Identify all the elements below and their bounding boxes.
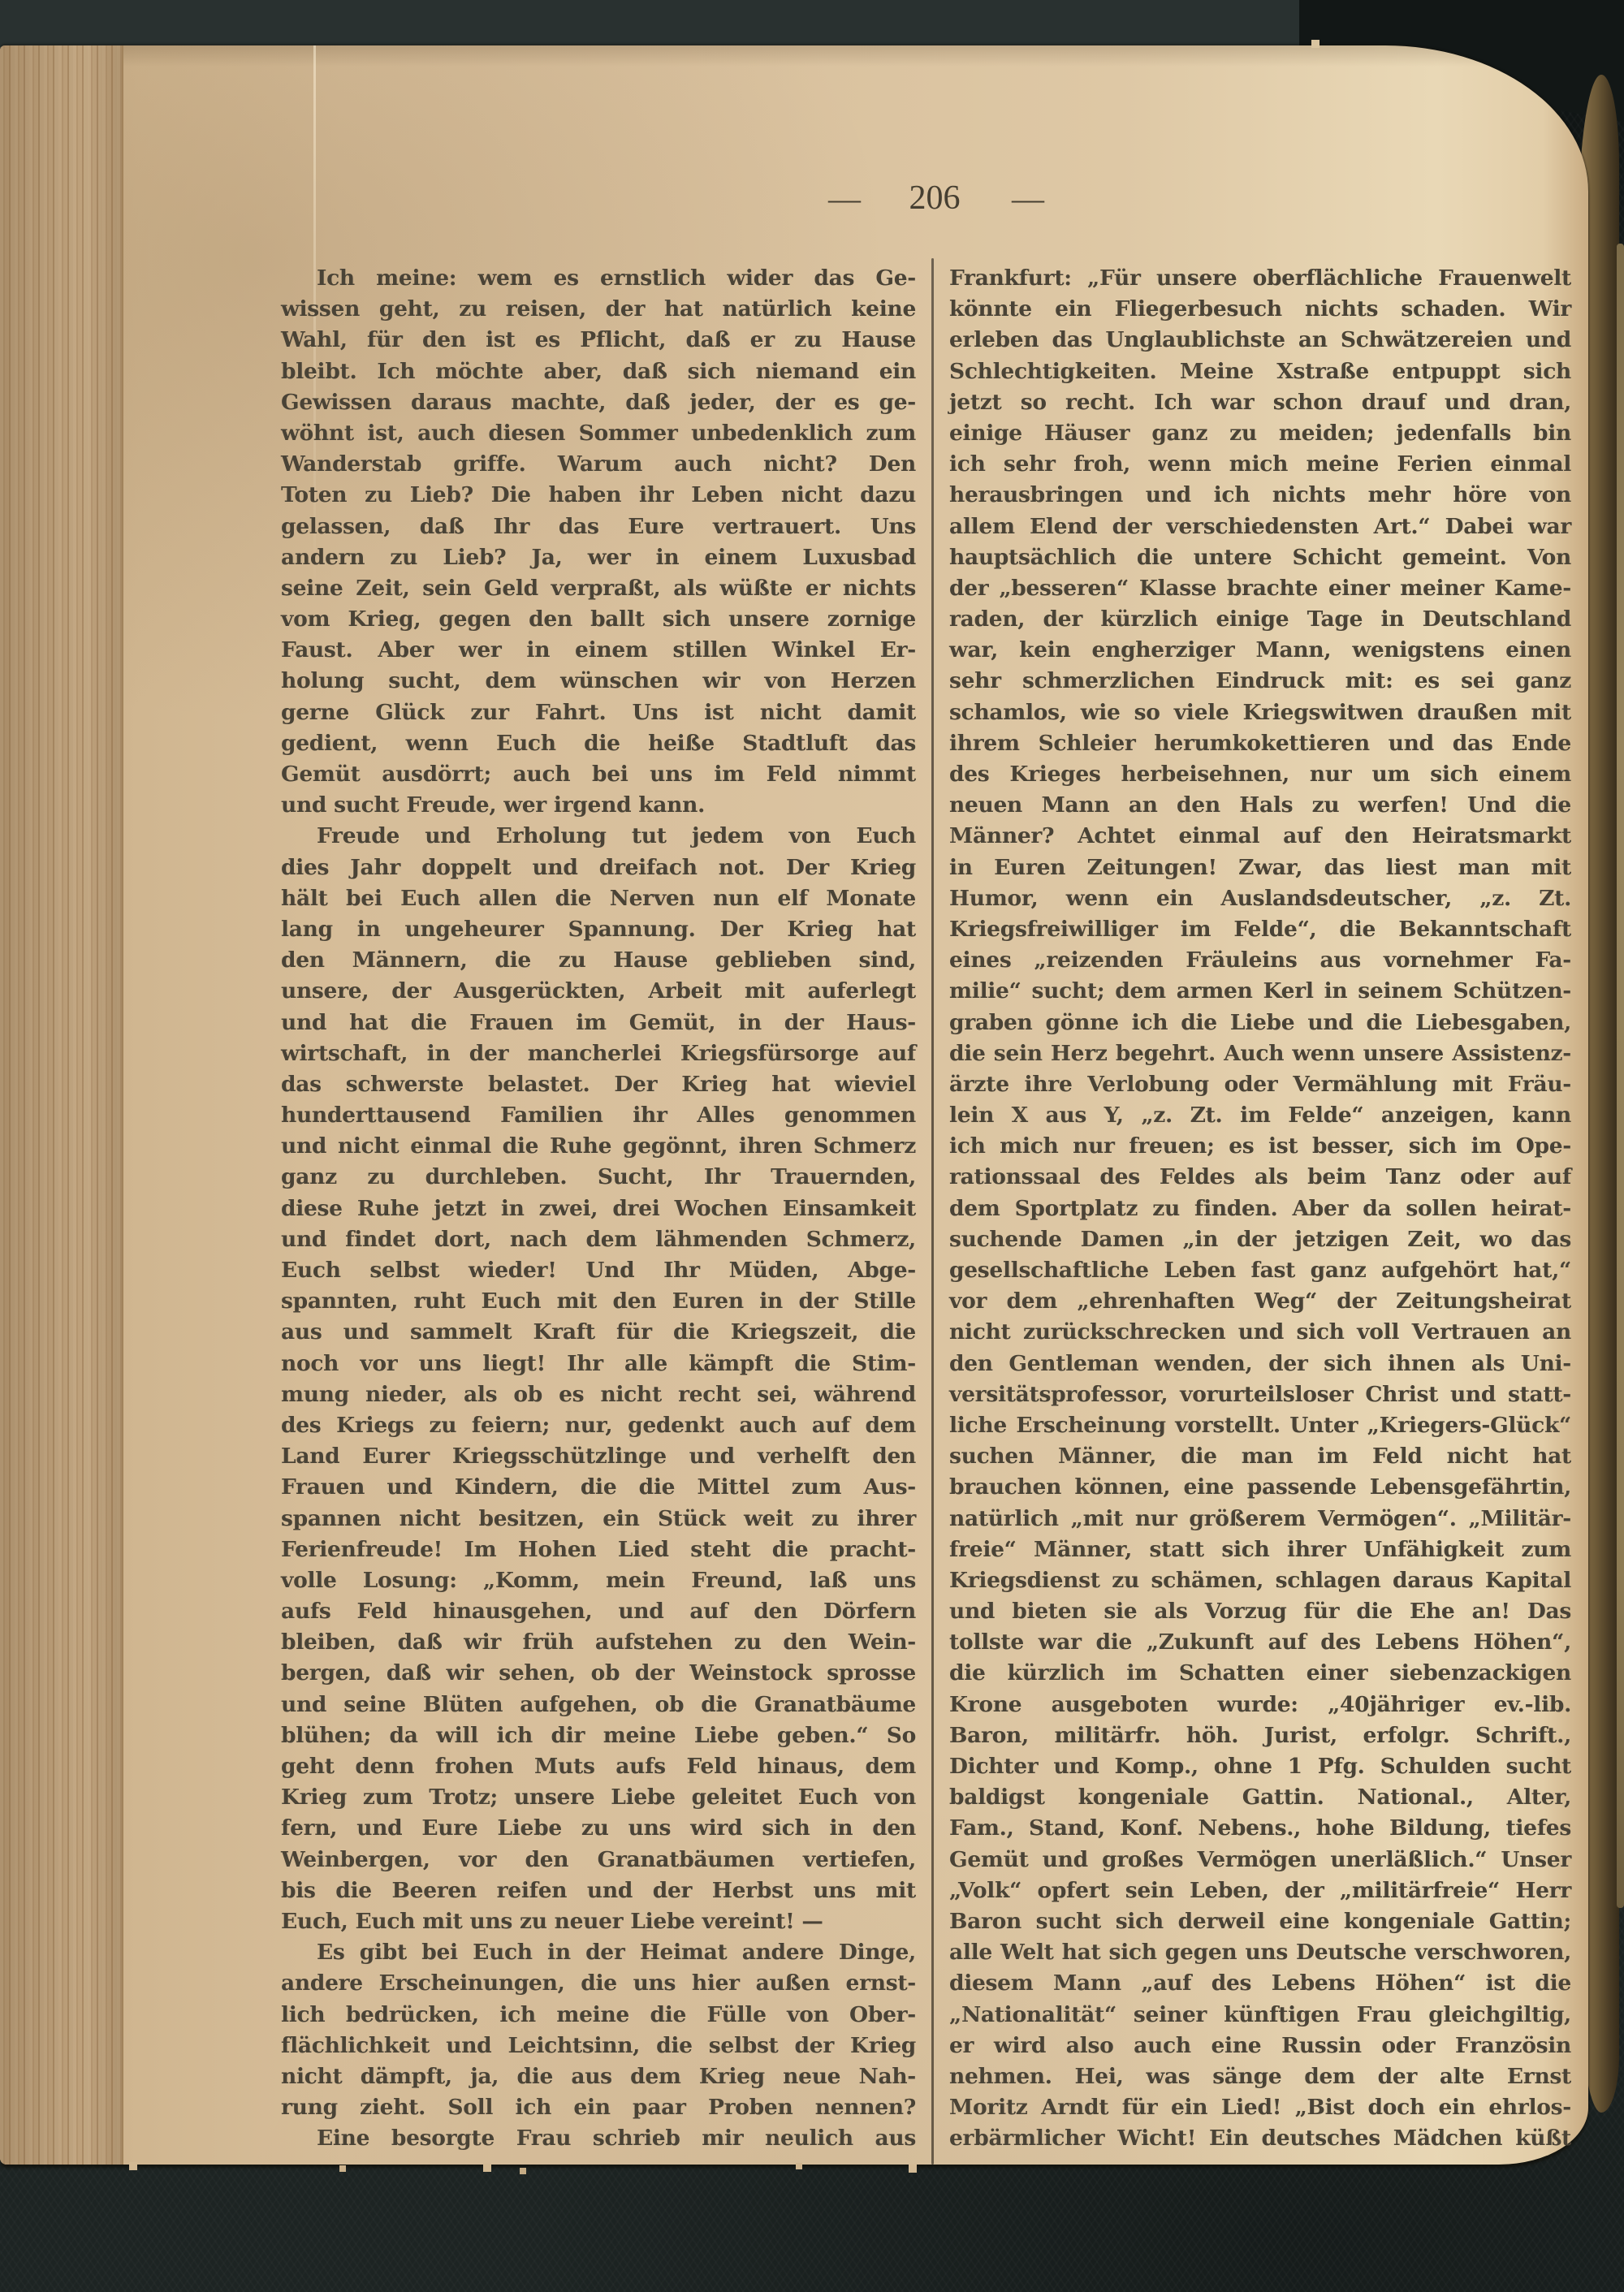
text-line: andere Erscheinungen, die uns hier außen… <box>281 1968 916 1999</box>
text-line: diese Ruhe jetzt in zwei, drei Wochen Ei… <box>281 1193 916 1224</box>
text-line: liche Erscheinung vorstellt. Unter „Krie… <box>949 1410 1571 1441</box>
text-line: bergen, daß wir sehen, ob der Weinstock … <box>281 1658 916 1689</box>
text-line: „Nationalität“ seiner künftigen Frau gle… <box>949 2000 1571 2031</box>
text-line: rationssaal des Feldes als beim Tanz ode… <box>949 1162 1571 1193</box>
text-line: Euch, Euch mit uns zu neuer Liebe verein… <box>281 1906 916 1937</box>
text-line: gerne Glück zur Fahrt. Uns ist nicht dam… <box>281 697 916 728</box>
text-line: des Kriegs zu feiern; nur, gedenkt auch … <box>281 1410 916 1441</box>
text-line: holung sucht, dem wünschen wir von Herze… <box>281 666 916 697</box>
text-line: Männer? Achtet einmal auf den Heiratsmar… <box>949 821 1571 852</box>
text-line: spannten, ruht Euch mit den Euren in der… <box>281 1286 916 1317</box>
text-line: Moritz Arndt für ein Lied! „Bist doch ei… <box>949 2092 1571 2123</box>
text-line: Wanderstab griffe. Warum auch nicht? Den <box>281 449 916 480</box>
text-line: gedient, wenn Euch die heiße Stadtluft d… <box>281 728 916 759</box>
text-line: erleben das Unglaublichste an Schwätzere… <box>949 325 1571 356</box>
text-line: hält bei Euch allen die Nerven nun elf M… <box>281 883 916 914</box>
text-line: Faust. Aber wer in einem stillen Winkel … <box>281 635 916 666</box>
text-line: Humor, wenn ein Auslandsdeutscher, „z. Z… <box>949 883 1571 914</box>
text-line: und seine Blüten aufgehen, ob die Granat… <box>281 1690 916 1720</box>
text-line: nicht zurückschrecken und sich voll Vert… <box>949 1317 1571 1348</box>
text-line: wirtschaft, in der mancherlei Kriegsfürs… <box>281 1038 916 1069</box>
text-line: vom Krieg, gegen den ballt sich unsere z… <box>281 604 916 635</box>
text-line: bis die Beeren reifen und der Herbst uns… <box>281 1875 916 1906</box>
text-line: „Volk“ opfert sein Leben, der „militärfr… <box>949 1875 1571 1906</box>
text-column-left: Ich meine: wem es ernstlich wider das Ge… <box>281 263 916 2154</box>
text-line: raden, der kürzlich einige Tage in Deuts… <box>949 604 1571 635</box>
text-line: volle Losung: „Komm, mein Freund, laß un… <box>281 1565 916 1596</box>
text-line: sehr schmerzlichen Eindruck mit: es sei … <box>949 666 1571 697</box>
text-line: unsere, der Ausgerückten, Arbeit mit auf… <box>281 976 916 1007</box>
text-line: tollste war die „Zukunft auf des Lebens … <box>949 1627 1571 1658</box>
text-line: das schwerste belastet. Der Krieg hat wi… <box>281 1069 916 1100</box>
text-line: gelassen, daß Ihr das Eure vertrauert. U… <box>281 511 916 542</box>
text-line: jetzt so recht. Ich war schon drauf und … <box>949 387 1571 418</box>
text-line: Kriegsdienst zu schämen, schlagen daraus… <box>949 1565 1571 1596</box>
text-line: andern zu Lieb? Ja, wer in einem Luxusba… <box>281 542 916 573</box>
text-line: war, kein engherziger Mann, wenigstens e… <box>949 635 1571 666</box>
text-line: Euch selbst wieder! Und Ihr Müden, Abge- <box>281 1255 916 1286</box>
text-line: und nicht einmal die Ruhe gegönnt, ihren… <box>281 1131 916 1162</box>
text-line: und hat die Frauen im Gemüt, in der Haus… <box>281 1008 916 1038</box>
text-line: Fam., Stand, Konf. Nebens., hohe Bildung… <box>949 1813 1571 1844</box>
book-page: — 206 — Ich meine: wem es ernstlich wide… <box>0 45 1588 2165</box>
text-line: Schlechtigkeiten. Meine Xstraße entpuppt… <box>949 356 1571 387</box>
text-line: lich bedrücken, ich meine die Fülle von … <box>281 2000 916 2031</box>
text-line: ganz zu durchleben. Sucht, Ihr Trauernde… <box>281 1162 916 1193</box>
text-line: freie“ Männer, statt sich ihrer Unfähigk… <box>949 1534 1571 1565</box>
text-line: wissen geht, zu reisen, der hat natürlic… <box>281 294 916 325</box>
text-line: noch vor uns liegt! Ihr alle kämpft die … <box>281 1349 916 1379</box>
text-line: die kürzlich im Schatten einer siebenzac… <box>949 1658 1571 1689</box>
text-line: alle Welt hat sich gegen uns Deutsche ve… <box>949 1937 1571 1968</box>
text-line: Freude und Erholung tut jedem von Euch <box>281 821 916 852</box>
text-line: vor dem „ehrenhaften Weg“ der Zeitungshe… <box>949 1286 1571 1317</box>
text-line: Dichter und Komp., ohne 1 Pfg. Schulden … <box>949 1751 1571 1782</box>
page-number-value: 206 <box>909 179 961 218</box>
text-line: Toten zu Lieb? Die haben ihr Leben nicht… <box>281 480 916 511</box>
text-line: aufs Feld hinausgehen, und auf den Dörfe… <box>281 1596 916 1627</box>
text-line: lang in ungeheurer Spannung. Der Krieg h… <box>281 914 916 945</box>
text-line: neuen Mann an den Hals zu werfen! Und di… <box>949 790 1571 821</box>
text-line: Frankfurt: „Für unsere oberflächliche Fr… <box>949 263 1571 294</box>
text-line: ich sehr froh, wenn mich meine Ferien ei… <box>949 449 1571 480</box>
text-line: Baron sucht sich derweil eine kongeniale… <box>949 1906 1571 1937</box>
text-line: dies Jahr doppelt und dreifach not. Der … <box>281 852 916 883</box>
text-line: Ich meine: wem es ernstlich wider das Ge… <box>281 263 916 294</box>
text-line: den Gentleman wenden, der sich ihnen als… <box>949 1349 1571 1379</box>
text-line: dem Sportplatz zu finden. Aber da sollen… <box>949 1193 1571 1224</box>
text-line: lein X aus Y, „z. Zt. im Felde“ anzeigen… <box>949 1100 1571 1131</box>
text-line: Land Eurer Kriegsschützlinge und verhelf… <box>281 1441 916 1472</box>
text-line: bleibt. Ich möchte aber, daß sich nieman… <box>281 356 916 387</box>
text-line: graben gönne ich die Liebe und die Liebe… <box>949 1008 1571 1038</box>
text-line: Gewissen daraus machte, daß jeder, der e… <box>281 387 916 418</box>
text-line: schamlos, wie so viele Kriegswitwen drau… <box>949 697 1571 728</box>
text-line: Weinbergen, vor den Granatbäumen vertief… <box>281 1845 916 1875</box>
text-line: bleiben, daß wir früh aufstehen zu den W… <box>281 1627 916 1658</box>
page-fore-edge-highlight <box>1617 244 1624 1908</box>
text-line: er wird also auch eine Russin oder Franz… <box>949 2031 1571 2061</box>
page-edge-stack <box>0 45 123 2165</box>
page-number-dash-left: — <box>828 179 857 218</box>
text-line: Krieg zum Trotz; unsere Liebe geleitet E… <box>281 1782 916 1813</box>
text-line: hauptsächlich die untere Schicht gemeint… <box>949 542 1571 573</box>
text-column-right: Frankfurt: „Für unsere oberflächliche Fr… <box>949 263 1571 2154</box>
text-line: Frauen und Kindern, die die Mittel zum A… <box>281 1472 916 1503</box>
text-line: herausbringen und ich nichts mehr höre v… <box>949 480 1571 511</box>
text-line: und findet dort, nach dem lähmenden Schm… <box>281 1224 916 1255</box>
text-line: die sein Herz begehrt. Auch wenn unsere … <box>949 1038 1571 1069</box>
page-number: — 206 — <box>828 179 1041 218</box>
text-line: flächlichkeit und Leichtsinn, die selbst… <box>281 2031 916 2061</box>
text-line: erbärmlicher Wicht! Ein deutsches Mädche… <box>949 2123 1571 2154</box>
text-line: eines „reizenden Fräuleins aus vornehmer… <box>949 945 1571 976</box>
text-line: in Euren Zeitungen! Zwar, das liest man … <box>949 852 1571 883</box>
text-line: des Krieges herbeisehnen, nur um sich ei… <box>949 759 1571 790</box>
text-line: natürlich „mit nur größerem Vermögen“. „… <box>949 1504 1571 1534</box>
text-line: wöhnt ist, auch diesen Sommer unbedenkli… <box>281 418 916 449</box>
text-line: einige Häuser ganz zu meiden; jedenfalls… <box>949 418 1571 449</box>
text-line: blühen; da will ich dir meine Liebe gebe… <box>281 1720 916 1751</box>
text-line: brauchen können, eine passende Lebensgef… <box>949 1472 1571 1503</box>
text-line: rung zieht. Soll ich ein paar Proben nen… <box>281 2092 916 2123</box>
text-line: fern, und Eure Liebe zu uns wird sich in… <box>281 1813 916 1844</box>
text-line: Ferienfreude! Im Hohen Lied steht die pr… <box>281 1534 916 1565</box>
text-line: baldigst kongeniale Gattin. National., A… <box>949 1782 1571 1813</box>
text-line: könnte ein Fliegerbesuch nichts schaden.… <box>949 294 1571 325</box>
torn-paper-bits <box>0 2160 3 2163</box>
text-line: Wahl, für den ist es Pflicht, daß er zu … <box>281 325 916 356</box>
text-line: der „besseren“ Klasse brachte einer mein… <box>949 573 1571 604</box>
text-line: gesellschaftliche Leben fast ganz aufgeh… <box>949 1255 1571 1286</box>
text-line: Baron, militärfr. höh. Jurist, erfolgr. … <box>949 1720 1571 1751</box>
text-line: nicht dämpft, ja, die aus dem Krieg neue… <box>281 2061 916 2092</box>
book-scan: { "page_number": { "left_dash": "—", "va… <box>0 0 1624 2292</box>
text-line: mung nieder, als ob es nicht recht sei, … <box>281 1379 916 1410</box>
text-line: allem Elend der verschiedensten Art.“ Da… <box>949 511 1571 542</box>
text-line: und sucht Freude, wer irgend kann. <box>281 790 916 821</box>
text-line: den Männern, die zu Hause geblieben sind… <box>281 945 916 976</box>
text-line: seine Zeit, sein Geld verpraßt, als wüßt… <box>281 573 916 604</box>
text-line: versitätsprofessor, vorurteilsloser Chri… <box>949 1379 1571 1410</box>
text-line: aus und sammelt Kraft für die Kriegszeit… <box>281 1317 916 1348</box>
text-line: geht denn frohen Muts aufs Feld hinaus, … <box>281 1751 916 1782</box>
text-line: und bieten sie als Vorzug für die Ehe an… <box>949 1596 1571 1627</box>
text-line: Es gibt bei Euch in der Heimat andere Di… <box>281 1937 916 1968</box>
text-line: Gemüt und großes Vermögen unerläßlich.“ … <box>949 1845 1571 1875</box>
text-line: ich mich nur freuen; es ist besser, sich… <box>949 1131 1571 1162</box>
text-line: Eine besorgte Frau schrieb mir neulich a… <box>281 2123 916 2154</box>
text-line: ärzte ihre Verlobung oder Vermählung mit… <box>949 1069 1571 1100</box>
text-line: milie“ sucht; dem armen Kerl in seinem S… <box>949 976 1571 1007</box>
text-line: Krone ausgeboten wurde: „40jähriger ev.-… <box>949 1690 1571 1720</box>
text-line: suchende Damen „in der jetzigen Zeit, wo… <box>949 1224 1571 1255</box>
text-line: hunderttausend Familien ihr Alles genomm… <box>281 1100 916 1131</box>
page-number-dash-right: — <box>1012 179 1041 218</box>
text-line: diesem Mann „auf des Lebens Höhen“ ist d… <box>949 1968 1571 1999</box>
text-line: spannen nicht besitzen, ein Stück weit z… <box>281 1504 916 1534</box>
text-line: Kriegsfreiwilliger im Felde“, die Bekann… <box>949 914 1571 945</box>
text-line: suchen Männer, die man im Feld nicht hat <box>949 1441 1571 1472</box>
text-line: Gemüt ausdörrt; auch bei uns im Feld nim… <box>281 759 916 790</box>
text-line: nehmen. Hei, was sänge dem der alte Erns… <box>949 2061 1571 2092</box>
column-divider <box>931 258 934 2165</box>
text-line: ihrem Schleier herumkokettieren und das … <box>949 728 1571 759</box>
